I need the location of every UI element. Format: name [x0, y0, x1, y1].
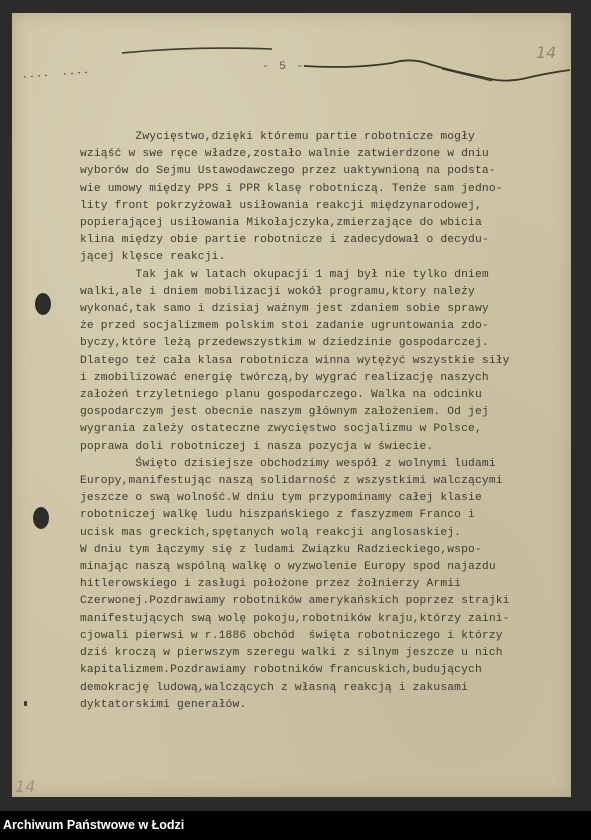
text-line: dziś kroczą w pierwszym szeregu walki z …	[80, 645, 550, 662]
text-line: byczy,które leżą przedewszystkim w dzied…	[80, 335, 550, 352]
text-line: że przed socjalizmem polskim stoi zadani…	[80, 318, 550, 335]
paper-crease-line	[12, 13, 571, 93]
text-line: demokrację ludową,walczących z własną re…	[80, 680, 550, 697]
scan-frame: - 5 - 14 Zwycięstwo,dzięki któremu parti…	[0, 0, 591, 811]
document-page: - 5 - 14 Zwycięstwo,dzięki któremu parti…	[12, 13, 571, 797]
text-line: dyktatorskimi generałów.	[80, 697, 550, 714]
text-line: lity front pokrzyżował usiłowania reakcj…	[80, 198, 550, 215]
text-line: Europy,manifestując naszą solidarność z …	[80, 473, 550, 490]
text-line: Dlatego też cała klasa robotnicza winna …	[80, 353, 550, 370]
text-line: popierającej usiłowania Mikołajczyka,zmi…	[80, 215, 550, 232]
page-number: - 5 -	[262, 61, 305, 73]
text-line: robotniczej walkę ludu hiszpańskiego z f…	[80, 507, 550, 524]
text-line: wygrania zależy ostateczne zwycięstwo so…	[80, 421, 550, 438]
folio-number-top: 14	[536, 43, 556, 62]
text-line: Święto dzisiejsze obchodzimy wespół z wo…	[80, 456, 550, 473]
archive-label: Archiwum Państwowe w Łodzi	[3, 818, 184, 832]
text-line: ucisk mas greckich,spętanych wolą reakcj…	[80, 525, 550, 542]
text-line: gospodarczym jest obecnie naszym głównym…	[80, 404, 550, 421]
text-line: hitlerowskiego i zasługi położone przez …	[80, 576, 550, 593]
text-line: jącej klęsce reakcji.	[80, 249, 550, 266]
text-line: poprawa doli robotniczej i nasza pozycja…	[80, 439, 550, 456]
text-line: wyborów do Sejmu Ustawodawczego przez ua…	[80, 163, 550, 180]
margin-ink-mark	[24, 701, 27, 706]
text-line: wykonać,tak samo i dzisiaj ważnym jest z…	[80, 301, 550, 318]
text-line: klina między obie partie robotnicze i za…	[80, 232, 550, 249]
text-line: Zwycięstwo,dzięki któremu partie robotni…	[80, 129, 550, 146]
folio-number-bottom: 14	[15, 777, 35, 796]
text-line: założeń trzyletniego planu gospodarczego…	[80, 387, 550, 404]
typewritten-text: Zwycięstwo,dzięki któremu partie robotni…	[80, 129, 550, 714]
text-line: kapitalizmem.Pozdrawiamy robotników fran…	[80, 662, 550, 679]
text-line: cjowali pierwsi w r.1886 obchód święta r…	[80, 628, 550, 645]
punch-hole-lower	[33, 507, 49, 529]
text-line: wie umowy między PPS i PPR klasę robotni…	[80, 181, 550, 198]
text-line: Czerwonej.Pozdrawiamy robotników ameryka…	[80, 593, 550, 610]
text-line: walki,ale i dniem mobilizacji wokół prog…	[80, 284, 550, 301]
archive-footer: Archiwum Państwowe w Łodzi	[0, 811, 591, 840]
punch-hole-upper	[35, 293, 51, 315]
text-line: Tak jak w latach okupacji 1 maj był nie …	[80, 267, 550, 284]
text-line: W dniu tym łączymy się z ludami Związku …	[80, 542, 550, 559]
text-line: jeszcze o swą wolność.W dniu tym przypom…	[80, 490, 550, 507]
text-line: minając naszą wspólną walkę o wyzwolenie…	[80, 559, 550, 576]
text-line: i zmobilizować energię twórczą,by wygrać…	[80, 370, 550, 387]
text-line: wziąść w swe ręce władze,zostało walnie …	[80, 146, 550, 163]
text-line: manifestujących swą wolę pokoju,robotnik…	[80, 611, 550, 628]
